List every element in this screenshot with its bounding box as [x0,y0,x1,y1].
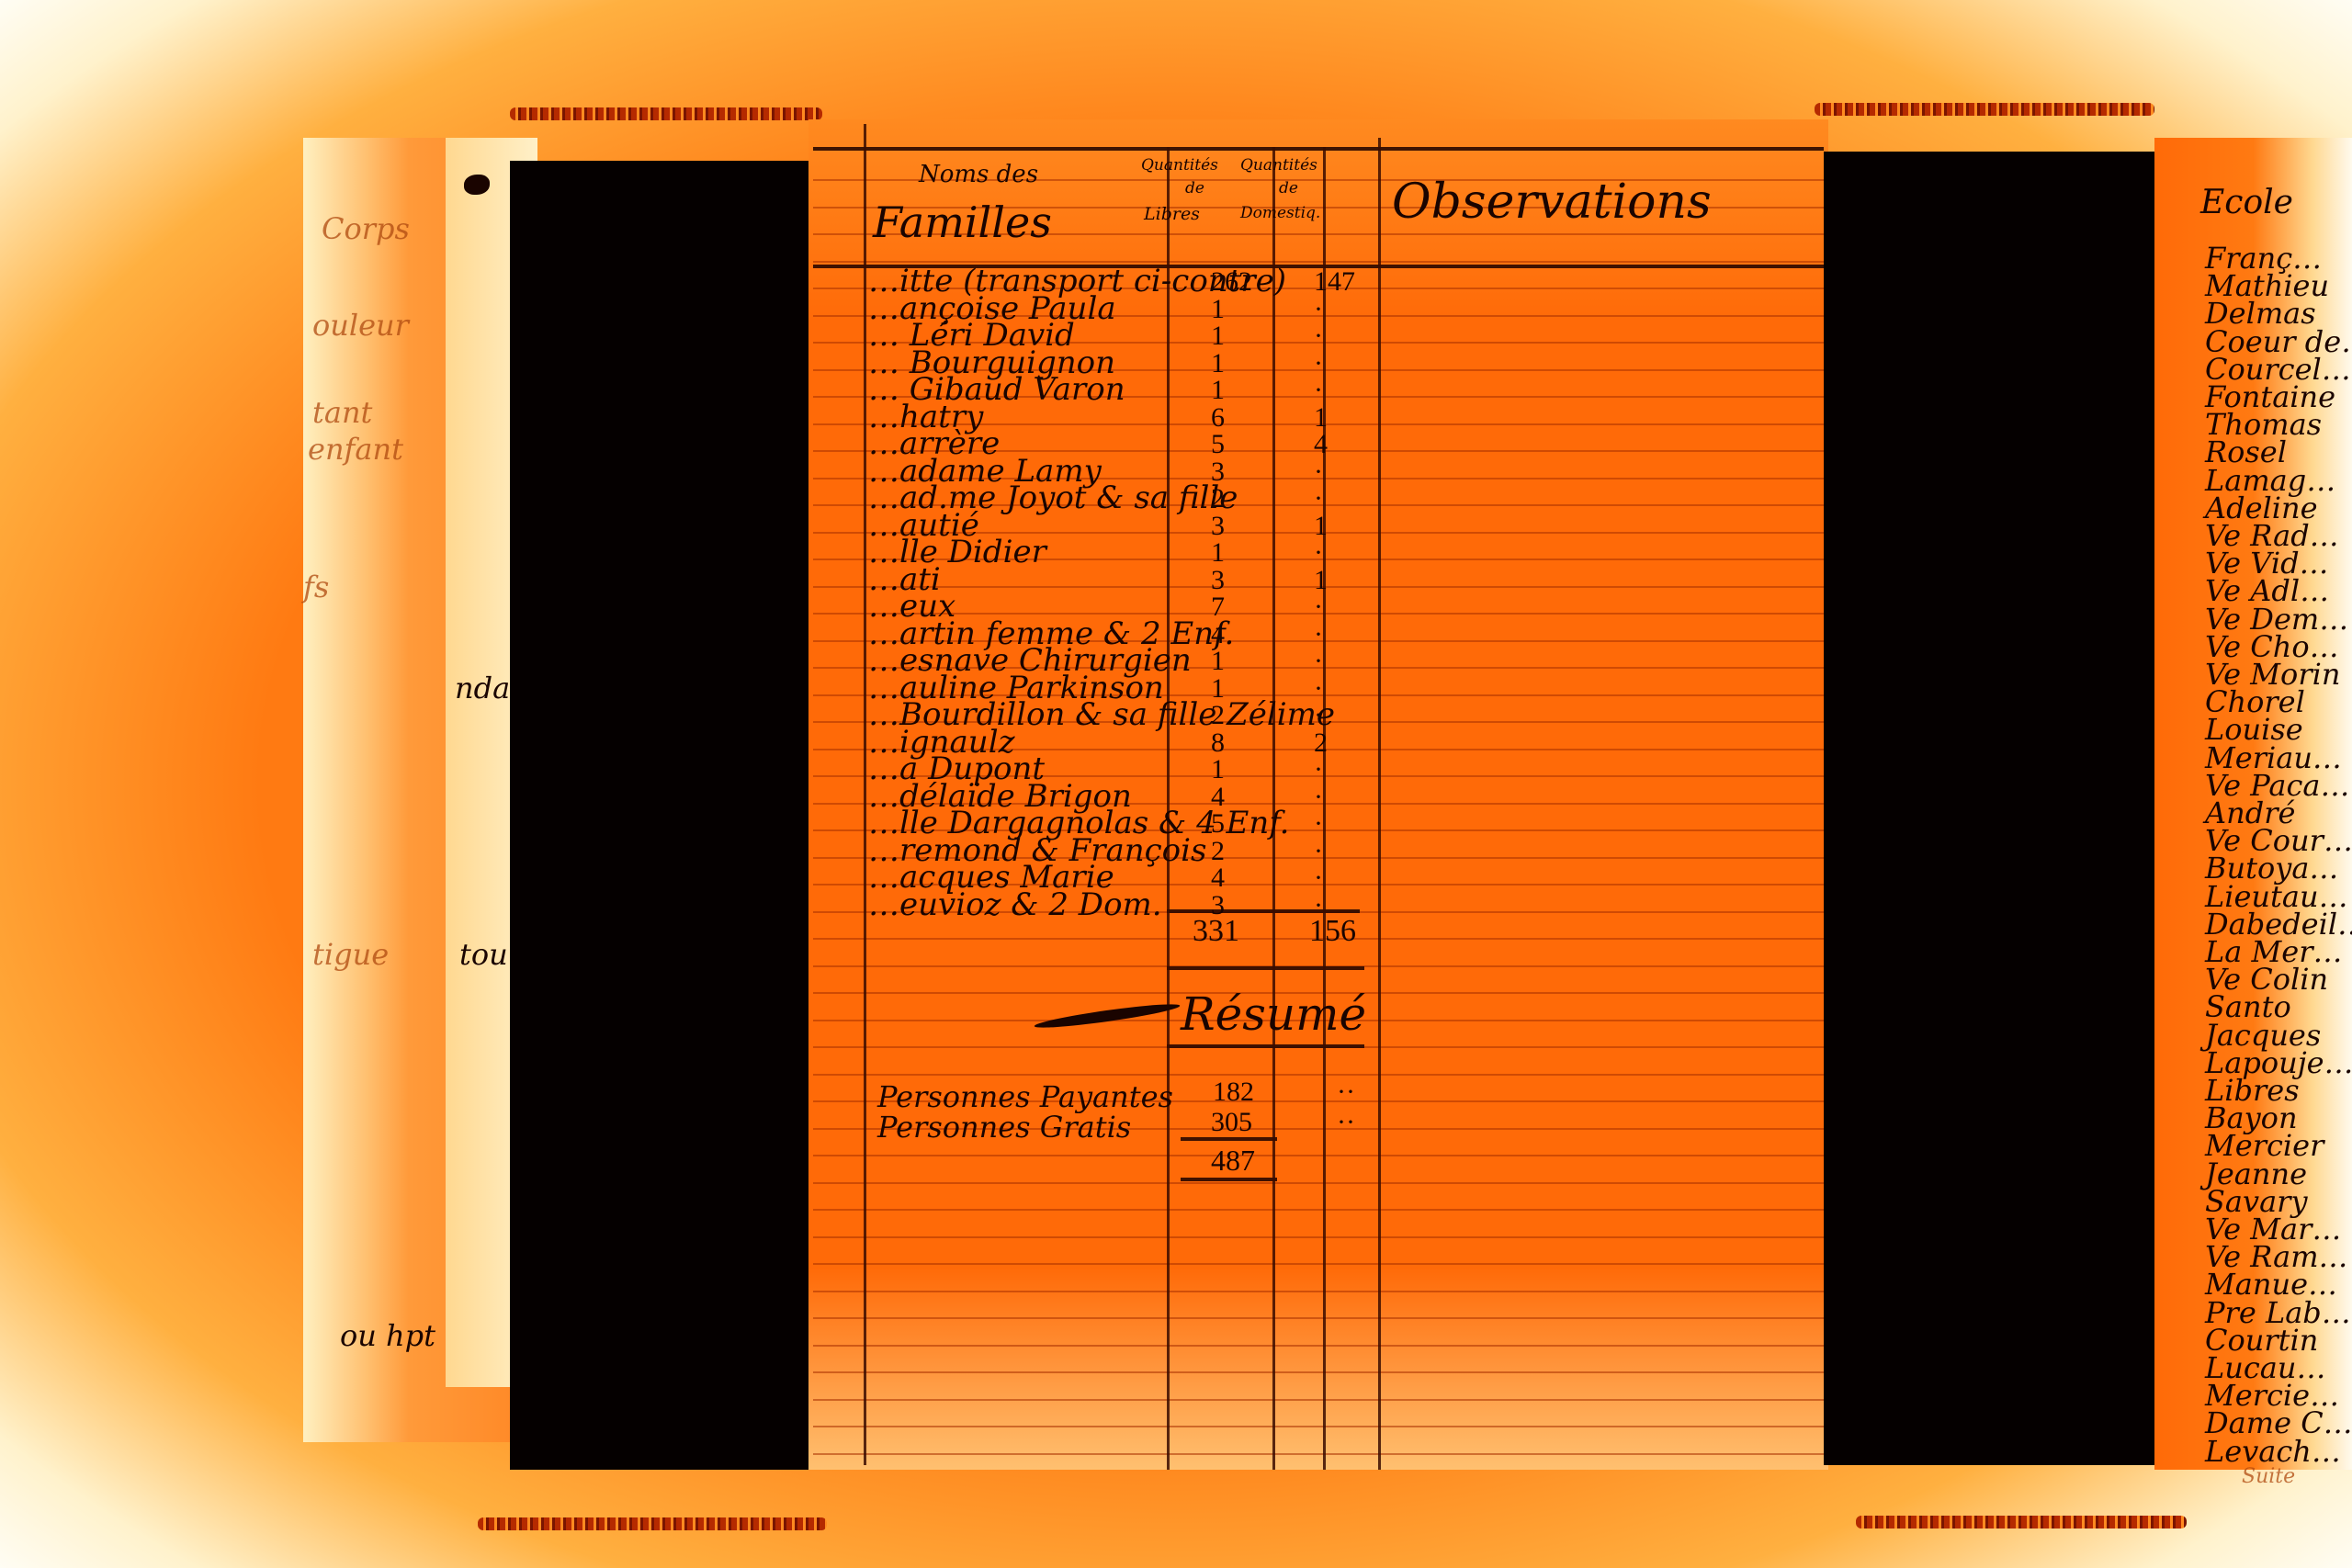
resume-value-payantes: 182 [1213,1077,1254,1108]
ledger-rule [1378,138,1381,1470]
ledger-rule [813,1345,1824,1347]
ledger-rule [813,147,1824,151]
ledger-rule [813,1291,1824,1292]
ledger-rule [1167,966,1364,970]
header-qty-domestic-line1: Quantités [1240,156,1317,175]
ledger-rule [813,1263,1824,1265]
row-family-name: …euvioz & 2 Dom. [868,886,1162,923]
resume-grand-total: 487 [1211,1144,1255,1178]
ledger-rule [813,1317,1824,1319]
ledger-rule [813,1155,1824,1156]
total-libres: 331 [1193,914,1239,949]
header-name-line1: Noms des [919,161,1038,188]
header-qty-free-line1: Quantités [1141,156,1218,175]
ledger-rule [813,1074,1824,1076]
fragment: tigue [312,937,389,972]
ledger-rule [1167,1044,1364,1048]
fragment: ou hpt [340,1318,435,1353]
redaction-mask-right [1824,152,2154,1465]
facing-page-header: Ecole [2200,184,2293,221]
ledger-rule [813,1209,1824,1211]
ledger-rule [1181,1178,1277,1181]
ledger-rule [813,1371,1824,1373]
fragment: tou [459,937,508,972]
header-qty-free-line3: Libres [1144,204,1200,224]
header-qty-free-line2: de [1185,179,1204,197]
ledger-rule [813,1426,1824,1427]
binding-edge-bottom-right [1856,1516,2187,1529]
redaction-mask-left [510,161,813,1470]
facing-page-footer: Suite [2242,1465,2295,1488]
ink-blot-icon [464,175,490,195]
total-domestiques: 156 [1309,914,1356,949]
fragment: Corps [322,211,410,246]
ledger-rule [813,1399,1824,1401]
binding-edge-top-right [1815,103,2154,116]
resume-mark-gratis: ·· [1337,1107,1355,1138]
facing-page-name: Levach… [2205,1434,2341,1469]
fragment: nda [455,671,510,705]
binding-edge-top-left [510,107,822,120]
ledger-rule [1167,909,1360,913]
resume-mark-payantes: ·· [1337,1077,1355,1108]
header-qty-domestic-line2: de [1279,179,1298,197]
fragment: tant [312,395,372,430]
binding-edge-bottom-left [478,1517,827,1530]
fragment: ouleur [312,308,409,343]
ledger-rule [813,1453,1824,1455]
ledger-rule [813,1236,1824,1238]
resume-value-gratis: 305 [1211,1107,1252,1138]
fragment: enfant [308,432,403,467]
ledger-rule [813,1182,1824,1184]
header-observations: Observations [1392,175,1712,230]
header-name-line2: Familles [873,197,1052,247]
resume-label-gratis: Personnes Gratis [877,1110,1131,1145]
header-qty-domestic-line3: Domestiq. [1240,204,1320,222]
ledger-rule [864,124,866,1465]
fragment: fs [303,570,329,604]
resume-title: Résumé [1181,987,1366,1041]
ledger-rule [1323,147,1326,1470]
